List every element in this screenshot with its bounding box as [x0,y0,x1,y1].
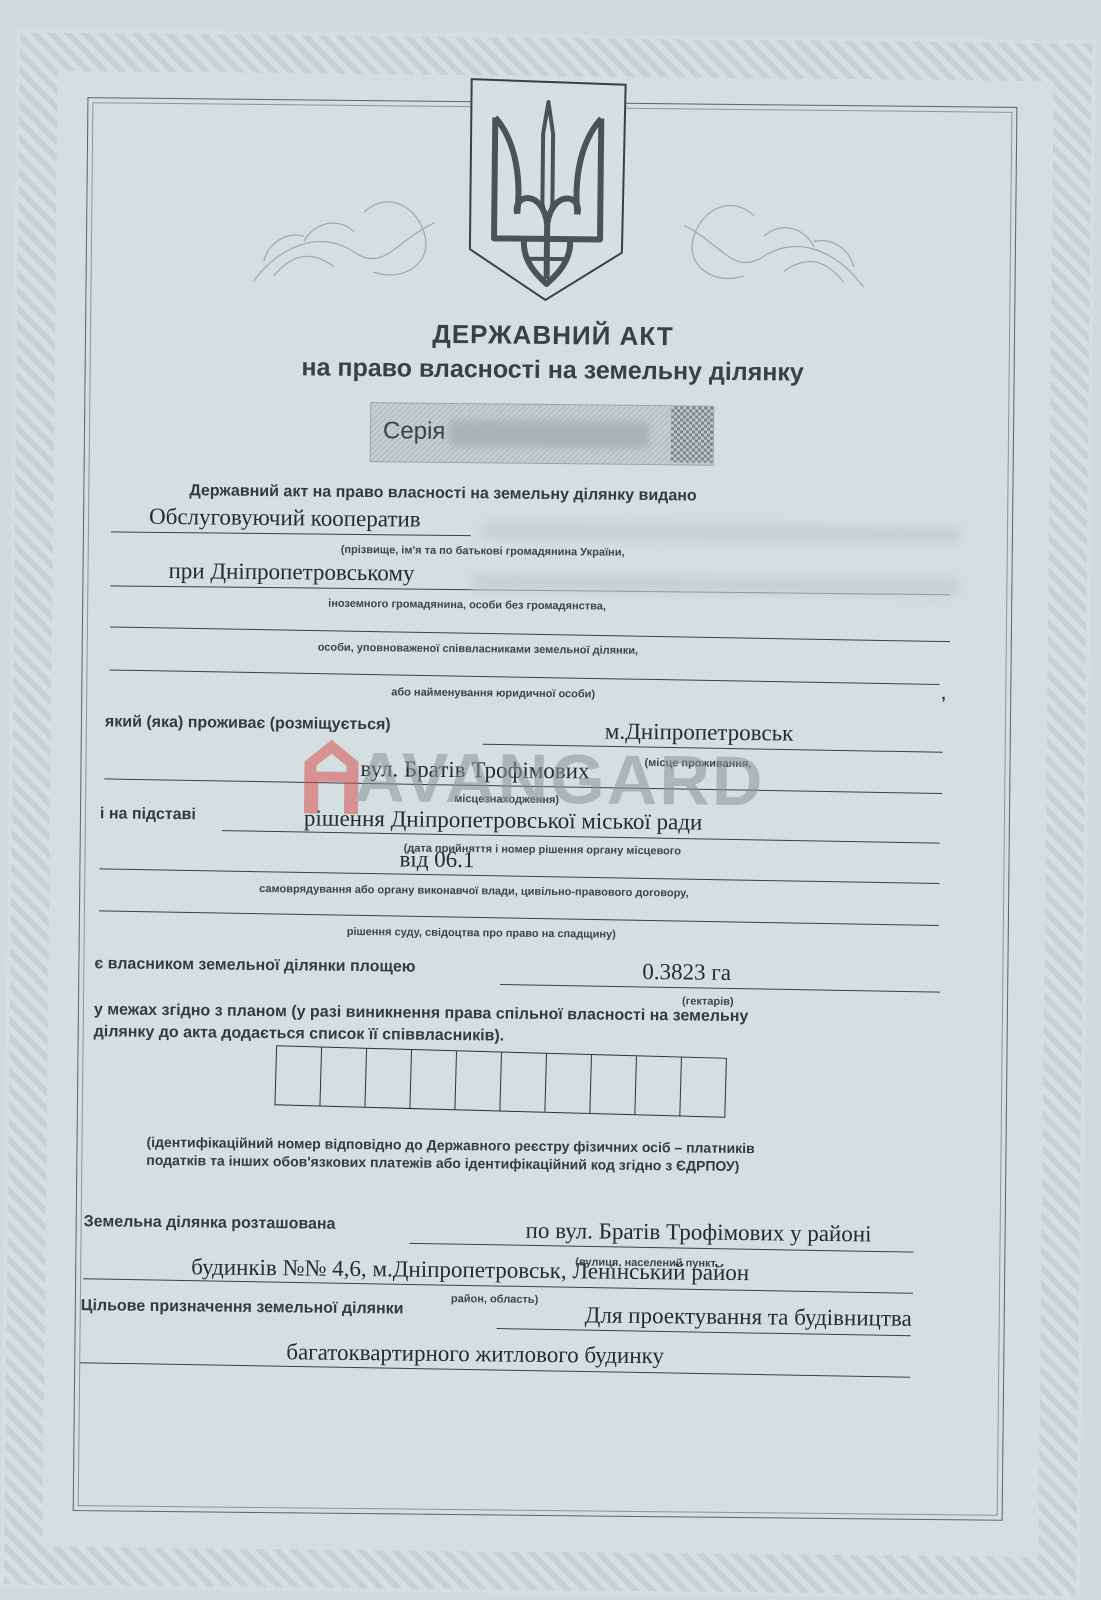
purpose-value-1: Для проектування та будівництва [585,1302,912,1331]
security-pattern [671,406,714,462]
basis-label: і на підставі [100,805,196,824]
location-label: Земельна ділянка розташована [84,1213,336,1234]
id-digit-box [455,1051,502,1110]
id-digit-box [410,1050,457,1109]
id-digit-box [275,1046,322,1105]
series-field: Серія [370,402,715,466]
owner-value-2: при Дніпропетровському [168,558,414,587]
owner-caption-4: або найменування юридичної особи) [391,686,595,700]
document-sheet: ДЕРЖАВНИЙ АКТ на право власності на земе… [0,28,1096,1599]
owner-value-1: Обслуговуючий кооператив [149,504,421,533]
id-digit-box [545,1054,592,1113]
location-caption-2: район, область) [451,1293,538,1306]
residence-value-1: м.Дніпропетровськ [605,719,794,747]
area-value: 0.3823 га [642,959,731,986]
owner-trailing-comma: , [941,686,946,704]
series-redacted-value [449,420,649,448]
basis-value-1: рішення Дніпропетровської міської ради [304,805,703,835]
id-digit-box [590,1055,637,1114]
purpose-label: Цільове призначення земельної ділянки [81,1297,404,1318]
id-digit-box [320,1048,367,1107]
residence-caption-1: (місце проживання, [644,757,751,770]
purpose-value-2: багатоквартирного житлового будинку [286,1339,664,1369]
id-number-boxes [274,1045,726,1118]
basis-value-2: від 06.1 [399,846,474,873]
residence-caption-2: місцезнаходження) [454,793,559,806]
series-label: Серія [383,417,446,446]
area-label: є власником земельної ділянки площею [94,955,415,976]
id-digit-box [680,1058,726,1117]
acanthus-ornament-left-icon [243,181,444,303]
residence-value-2: вул. Братів Трофімових [360,756,589,784]
area-caption: (гектарів) [682,995,734,1008]
trident-coat-of-arms-icon [461,73,633,305]
acanthus-ornament-right-icon [673,185,874,307]
location-value-1: по вул. Братів Трофімових у районі [525,1218,871,1248]
residence-label: який (яка) проживає (розміщується) [105,713,391,734]
id-digit-box [500,1053,547,1112]
id-digit-box [635,1056,682,1115]
id-digit-box [365,1049,412,1108]
